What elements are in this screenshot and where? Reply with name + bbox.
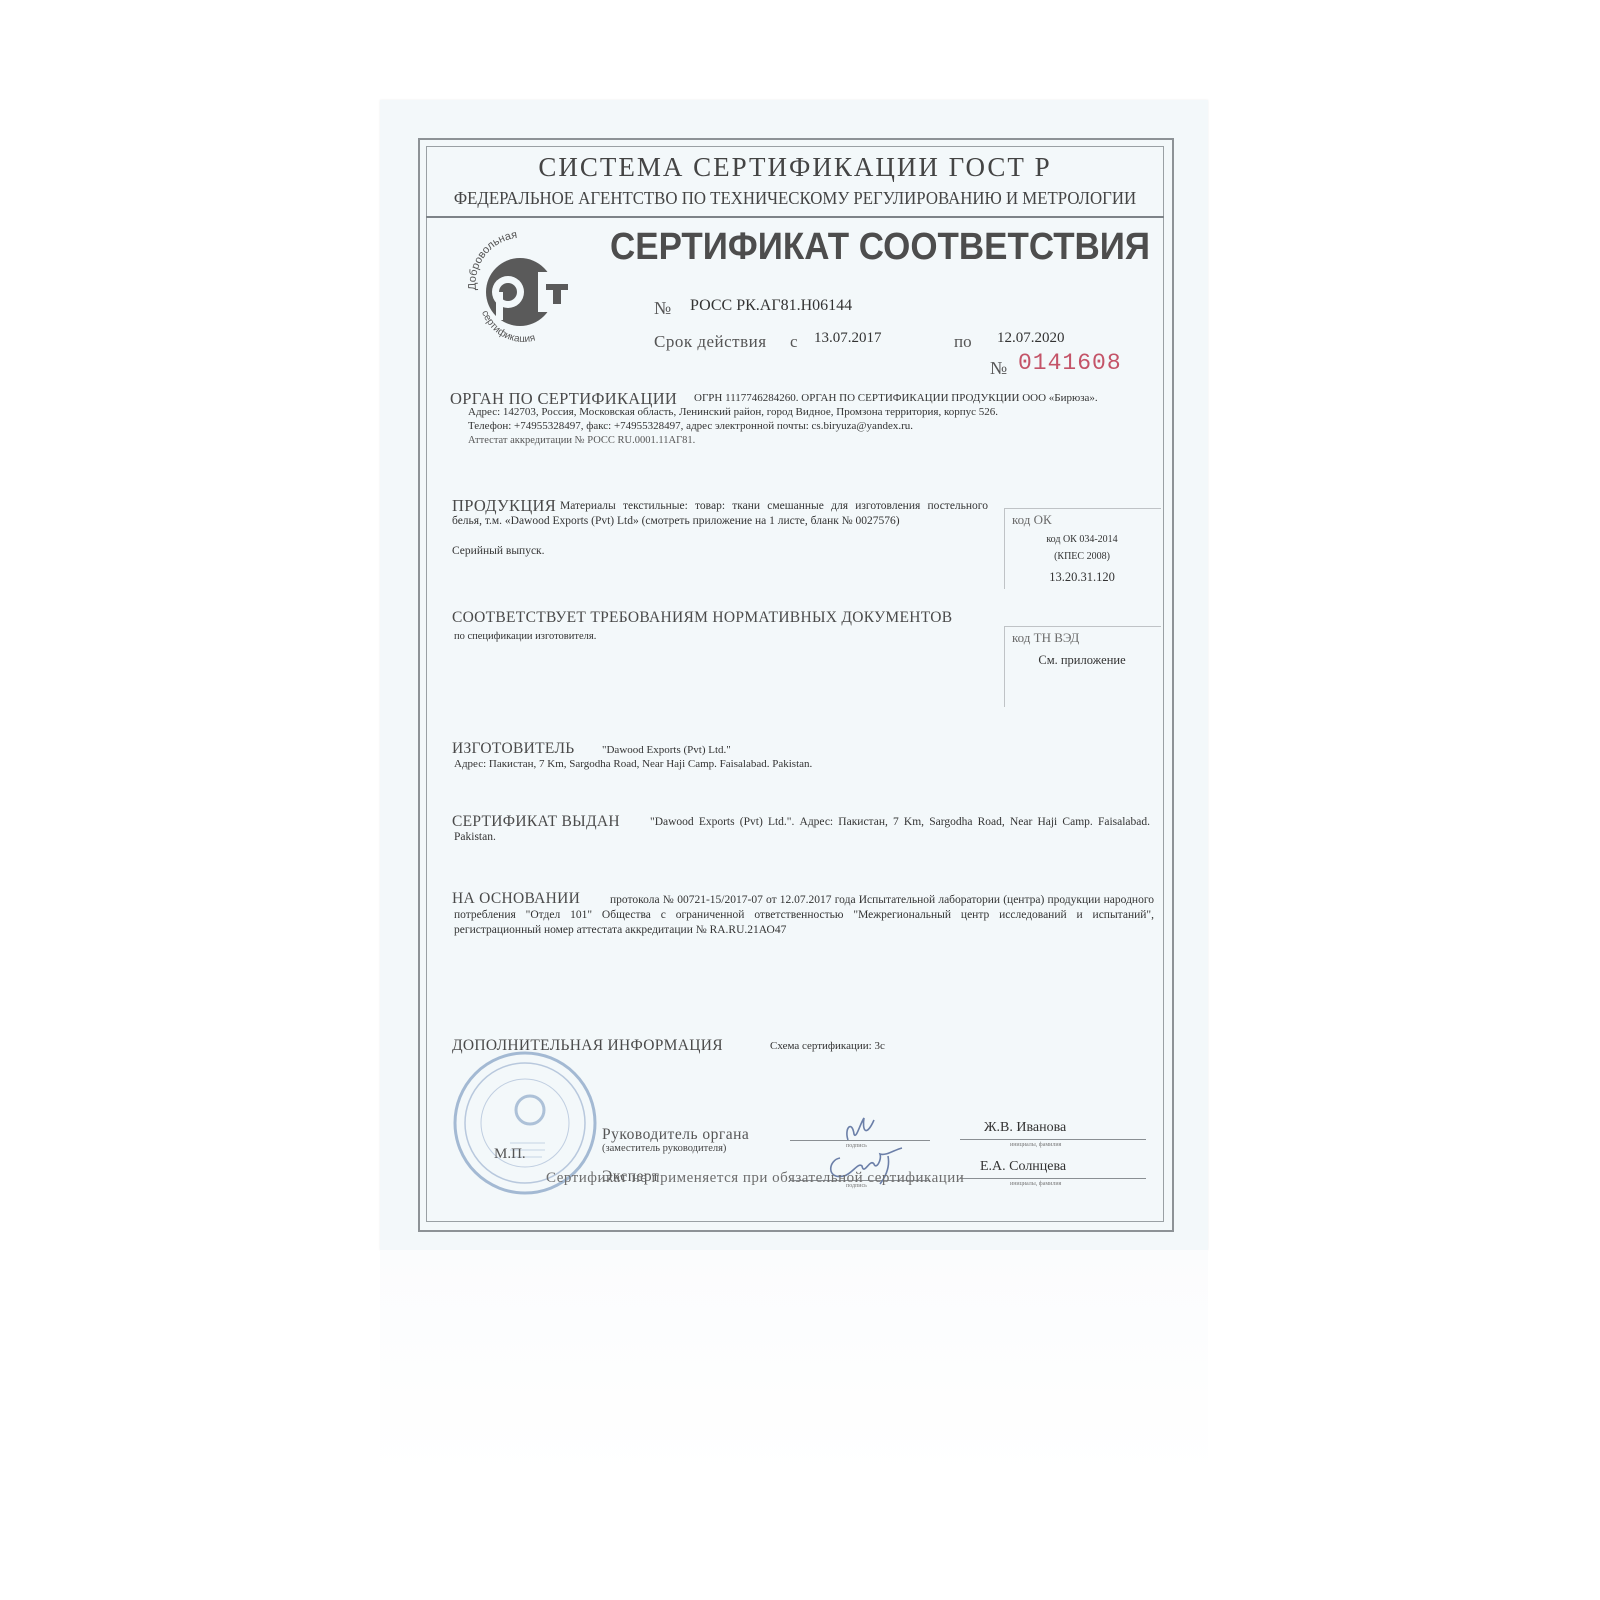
valid-from-date: 13.07.2017 <box>814 330 882 347</box>
ok-code-label: код ОК <box>1012 512 1052 528</box>
expert-name-caption: инициалы, фамилия <box>1010 1181 1061 1187</box>
certification-body-ogrn: ОГРН 1117746284260. ОРГАН ПО СЕРТИФИКАЦИ… <box>694 391 1098 406</box>
expert-name-line <box>960 1178 1146 1179</box>
head-name-caption: инициалы, фамилия <box>1010 1142 1061 1148</box>
conformity-heading: СООТВЕТСТВУЕТ ТРЕБОВАНИЯМ НОРМАТИВНЫХ ДО… <box>452 609 952 627</box>
validity-label: Срок действия <box>654 332 767 352</box>
manufacturer-address: Адрес: Пакистан, 7 Km, Sargodha Road, Ne… <box>454 757 812 772</box>
certificate-number: РОСС РК.АГ81.Н06144 <box>690 297 852 315</box>
stamp-label: М.П. <box>494 1146 526 1163</box>
ok-code-classifier: (КПЕС 2008) <box>1012 549 1152 564</box>
sheet-shadow <box>380 1250 1208 1480</box>
head-name-line <box>960 1139 1146 1140</box>
certification-body-address: Адрес: 142703, Россия, Московская област… <box>468 405 998 420</box>
validity-to-label: по <box>954 332 972 352</box>
ok-code-value: 13.20.31.120 <box>1012 570 1152 585</box>
manufacturer-name: "Dawood Exports (Pvt) Ltd." <box>602 743 731 758</box>
issued-to-text: "Dawood Exports (Pvt) Ltd.". Адрес: Паки… <box>454 815 1150 845</box>
expert-name: Е.А. Солнцева <box>980 1159 1066 1175</box>
head-of-body-name: Ж.В. Иванова <box>984 1120 1066 1136</box>
blank-number-label: № <box>990 358 1007 379</box>
valid-to-date: 12.07.2020 <box>997 330 1065 347</box>
certification-scheme: Схема сертификации: 3с <box>770 1039 885 1054</box>
blank-number: 0141608 <box>1018 350 1122 376</box>
rst-logo-icon: Добровольная сертификация <box>462 232 582 342</box>
tnved-code-label: код ТН ВЭД <box>1012 630 1079 646</box>
system-title: СИСТЕМА СЕРТИФИКАЦИИ ГОСТ Р <box>426 152 1164 183</box>
head-of-body-label: Руководитель органа <box>602 1126 749 1144</box>
product-description: Материалы текстильные: товар: ткани смеш… <box>452 499 988 529</box>
head-of-body-sublabel: (заместитель руководителя) <box>602 1143 726 1154</box>
number-label: № <box>654 298 671 319</box>
conformity-text: по спецификации изготовителя. <box>454 629 596 644</box>
certification-body-accreditation: Аттестат аккредитации № РОСС RU.0001.11А… <box>468 433 695 448</box>
basis-text: протокола № 00721-15/2017-07 от 12.07.20… <box>454 893 1154 938</box>
agency-name: ФЕДЕРАЛЬНОЕ АГЕНТСТВО ПО ТЕХНИЧЕСКОМУ РЕ… <box>441 188 1149 209</box>
tnved-code-value: См. приложение <box>1012 653 1152 668</box>
certification-body-contacts: Телефон: +74955328497, факс: +7495532849… <box>468 419 913 434</box>
validity-from-label: с <box>790 332 798 352</box>
product-release: Серийный выпуск. <box>452 544 545 559</box>
manufacturer-heading: ИЗГОТОВИТЕЛЬ <box>452 740 574 758</box>
ok-code-standard: код ОК 034-2014 <box>1012 532 1152 547</box>
certificate-title: СЕРТИФИКАТ СООТВЕТСТВИЯ <box>610 226 1150 269</box>
voluntary-certification-note: Сертификат не применяется при обязательн… <box>546 1170 964 1187</box>
header-divider <box>426 216 1164 218</box>
